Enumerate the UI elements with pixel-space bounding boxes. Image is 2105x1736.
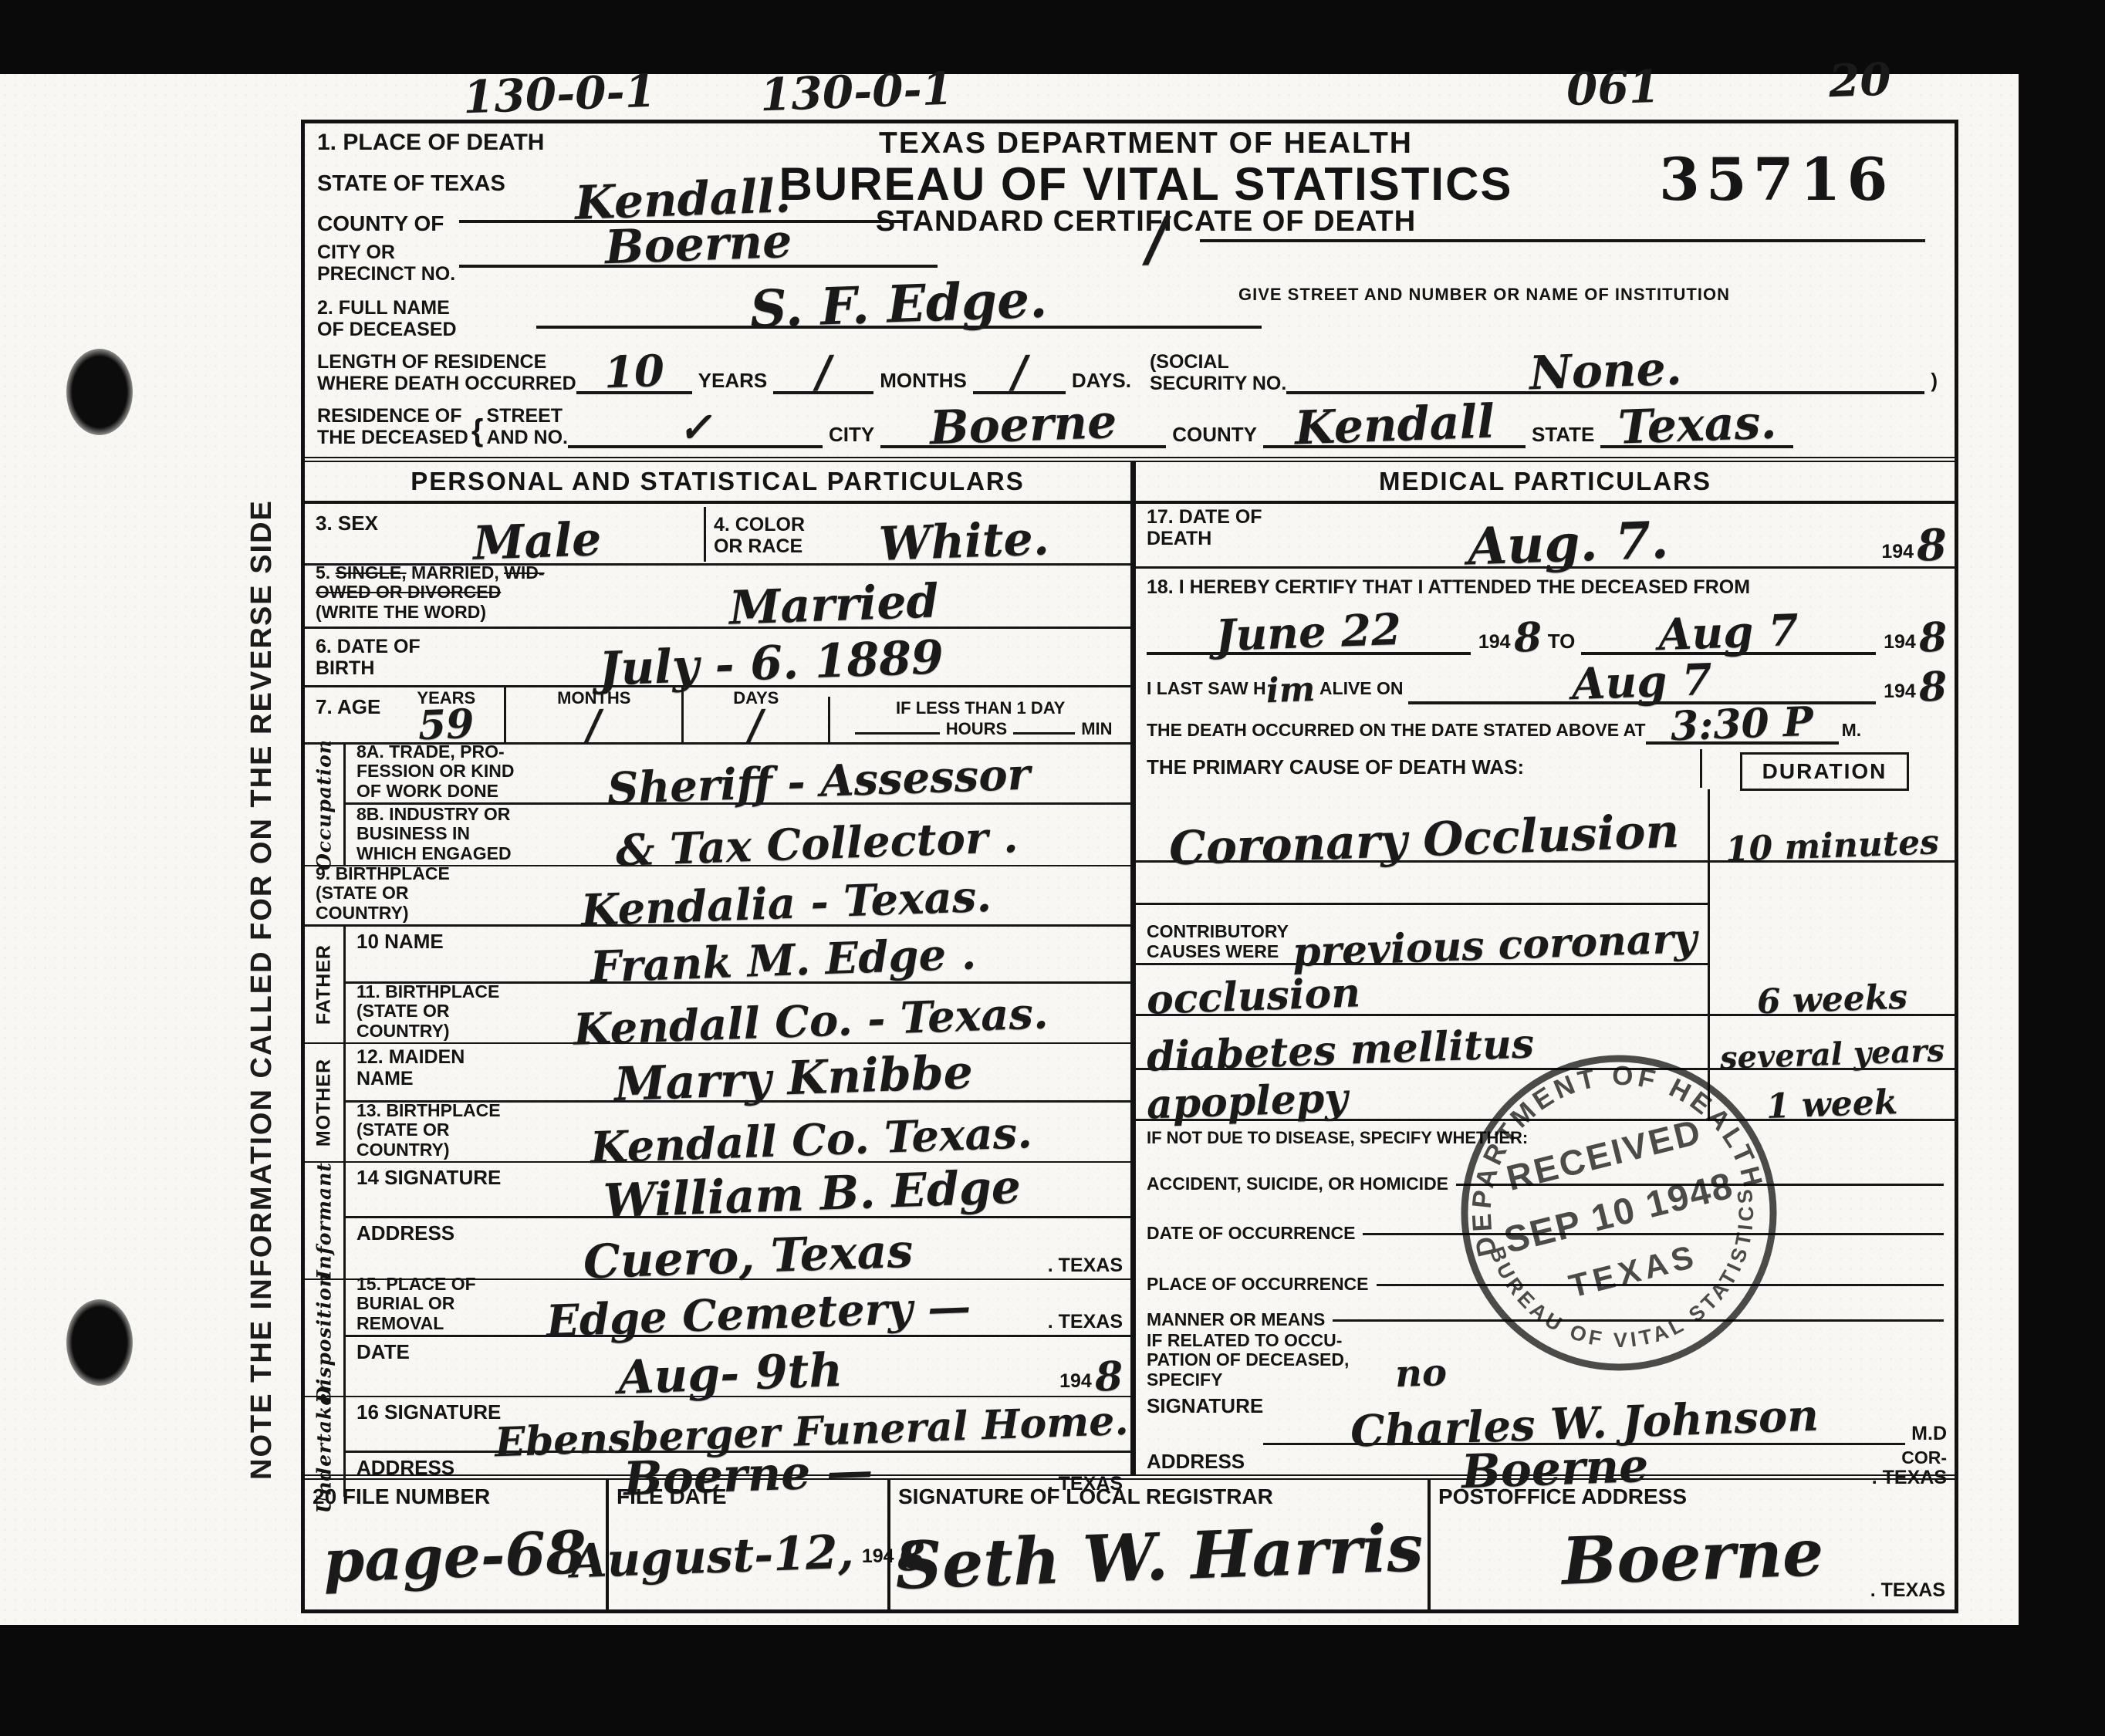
row-sex-race: 3. SEX Male 4. COLOR OR RACE White. — [305, 504, 1130, 566]
father-name-field: Frank M. Edge . — [444, 943, 1123, 980]
manner-means-label: MANNER OR MEANS — [1147, 1310, 1325, 1329]
father-rows: 10 NAME Frank M. Edge . 11. BIRTHPLACE (… — [346, 927, 1130, 1042]
marital-label-line2: OWED OR DIVORCED — [316, 583, 544, 602]
reverse-side-note: NOTE THE INFORMATION CALLED FOR ON THE R… — [245, 499, 279, 1480]
min-label: MIN — [1081, 719, 1112, 738]
row-informant-signature: 14 SIGNATURE William B. Edge — [346, 1163, 1130, 1218]
dod-year-printed: 194 — [1881, 541, 1914, 563]
row-death-time: THE DEATH OCCURRED ON THE DATE STATED AB… — [1136, 706, 1955, 746]
father-bp-label-line3: COUNTRY) — [356, 1022, 499, 1041]
date-of-death-value: Aug. 7. — [1467, 518, 1669, 568]
residence-brace: { — [471, 414, 484, 448]
dob-label-line1: 6. DATE OF — [316, 637, 421, 658]
birthplace-value: Kendalia - Texas. — [580, 879, 992, 930]
trade-label: 8A. TRADE, PRO- FESSION OR KIND OF WORK … — [356, 742, 514, 801]
row-trade: 8A. TRADE, PRO- FESSION OR KIND OF WORK … — [346, 745, 1130, 805]
registrar-cell: SIGNATURE OF LOCAL REGISTRAR Seth W. Har… — [887, 1480, 1428, 1609]
informant-address-label: ADDRESS — [356, 1221, 454, 1245]
marital-label-line3: (WRITE THE WORD) — [316, 603, 544, 622]
row-father-name: 10 NAME Frank M. Edge . — [346, 927, 1130, 984]
ssn-label-line1: (SOCIAL — [1150, 352, 1286, 373]
personal-section-title: PERSONAL AND STATISTICAL PARTICULARS — [305, 462, 1134, 501]
attended-to-value: Aug 7 — [1658, 613, 1799, 654]
ssn-value: None. — [1529, 350, 1682, 394]
dept-title: TEXAS DEPARTMENT OF HEALTH — [737, 127, 1555, 160]
age-days-cell: DAYS / — [681, 687, 828, 742]
city-precinct-label-line2: PRECINCT NO. — [317, 264, 455, 285]
attended-from-field: June 22 — [1147, 615, 1471, 655]
row-informant-address: ADDRESS Cuero, Texas . TEXAS — [346, 1218, 1130, 1278]
res-county-field: Kendall — [1263, 406, 1526, 448]
accident-label: ACCIDENT, SUICIDE, OR HOMICIDE — [1147, 1174, 1448, 1194]
row-burial-place: 15. PLACE OF BURIAL OR REMOVAL Edge Ceme… — [346, 1280, 1130, 1337]
ssn-label: (SOCIAL SECURITY NO. — [1150, 352, 1286, 394]
certify-label: 18. I HEREBY CERTIFY THAT I ATTENDED THE… — [1147, 577, 1750, 599]
handwritten-code-3: 061 — [1566, 60, 1661, 116]
contributory-label: CONTRIBUTORY CAUSES WERE — [1147, 922, 1289, 961]
occupation-group: Occupation 8A. TRADE, PRO- FESSION OR KI… — [305, 745, 1130, 866]
min-blank — [1013, 718, 1075, 735]
mother-bp-label-line3: COUNTRY) — [356, 1140, 501, 1160]
hours-blank — [855, 718, 940, 735]
res-city-field: Boerne — [880, 406, 1166, 448]
res-state-field: Texas. — [1600, 406, 1793, 448]
residence-row: RESIDENCE OF THE DECEASED { STREET AND N… — [317, 406, 1944, 448]
burial-year-printed: 194 — [1059, 1370, 1092, 1393]
informant-address-field: Cuero, Texas — [454, 1238, 1042, 1277]
occupation-side-label: Occupation — [313, 739, 336, 870]
birthplace-label: 9. BIRTHPLACE (STATE OR COUNTRY) — [316, 864, 450, 923]
county-field: Kendall. — [459, 181, 907, 223]
burial-date-field: Aug- 9th — [410, 1355, 1052, 1394]
file-number-label: 20 FILE NUMBER — [313, 1484, 598, 1509]
occupation-related-label: IF RELATED TO OCCU- PATION OF DECEASED, … — [1147, 1331, 1349, 1390]
registrar-field: Seth W. Harris — [898, 1509, 1420, 1605]
sex-label: 3. SEX — [316, 512, 378, 562]
undertaker-address-label: ADDRESS — [356, 1456, 454, 1480]
postoffice-value: Boerne — [1561, 1525, 1825, 1589]
residence-years-field: 10 — [576, 354, 692, 394]
stamp-state-text: TEXAS — [1566, 1238, 1701, 1305]
disposition-group: Disposition 15. PLACE OF BURIAL OR REMOV… — [305, 1280, 1130, 1397]
death-time-field: 3:30 P — [1646, 708, 1839, 745]
md-label: M.D — [1911, 1423, 1947, 1445]
row-father-birthplace: 11. BIRTHPLACE (STATE OR COUNTRY) Kendal… — [346, 984, 1130, 1042]
race-label-line2: OR RACE — [714, 536, 805, 558]
occupation-rows: 8A. TRADE, PRO- FESSION OR KIND OF WORK … — [346, 745, 1130, 865]
last-saw-label-1: I LAST SAW H — [1147, 679, 1266, 698]
attended-to-field: Aug 7 — [1581, 615, 1876, 655]
informant-side-label: Informant — [313, 1162, 336, 1279]
industry-label-line2: BUSINESS IN — [356, 824, 512, 843]
birthplace-label-line1: 9. BIRTHPLACE — [316, 864, 450, 883]
cause-blank-duration-cell — [1708, 863, 1955, 905]
burial-place-value: Edge Cemetery — — [546, 1289, 971, 1341]
occlusion-duration: 6 weeks — [1756, 982, 1907, 1016]
death-time-m-label: M. — [1842, 721, 1862, 740]
row-certify-dates: June 22 194 8 TO Aug 7 194 8 — [1136, 599, 1955, 657]
mother-birthplace-value: Kendall Co. Texas. — [590, 1115, 1033, 1167]
row-dob: 6. DATE OF BIRTH July - 6. 1889 — [305, 629, 1130, 687]
cor-label: COR- — [1901, 1448, 1947, 1467]
scanned-death-certificate: NOTE THE INFORMATION CALLED FOR ON THE R… — [0, 0, 2105, 1736]
occlusion-field: occlusion — [1136, 965, 1708, 1016]
occu-label-line1: IF RELATED TO OCCU- — [1147, 1331, 1349, 1350]
to-label: TO — [1548, 630, 1576, 654]
less-than-day-label: IF LESS THAN 1 DAY — [896, 698, 1065, 718]
res-county-label: COUNTY — [1172, 423, 1257, 447]
hours-label: HOURS — [946, 719, 1007, 738]
disposition-rows: 15. PLACE OF BURIAL OR REMOVAL Edge Ceme… — [346, 1280, 1130, 1396]
full-name-value: S. F. Edge. — [750, 277, 1049, 330]
informant-rows: 14 SIGNATURE William B. Edge ADDRESS Cue… — [346, 1163, 1130, 1278]
postoffice-label: POSTOFFICE ADDRESS — [1438, 1484, 1947, 1509]
street-field: ✓ — [568, 411, 823, 448]
row-primary-cause-label: THE PRIMARY CAUSE OF DEATH WAS: DURATION — [1136, 746, 1955, 789]
maiden-field: Marry Knibbe — [465, 1059, 1123, 1099]
burial-place-label: 15. PLACE OF BURIAL OR REMOVAL — [356, 1275, 476, 1333]
precinct-tick-mark: / — [1145, 214, 1168, 265]
attended-from-value: June 22 — [1215, 612, 1402, 655]
trade-value: Sheriff - Assessor — [606, 757, 1030, 809]
maiden-value: Marry Knibbe — [613, 1053, 973, 1105]
from-year-suffix: 8 — [1513, 620, 1542, 655]
maiden-label: 12. MAIDEN NAME — [356, 1047, 465, 1089]
last-saw-label-2: ALIVE ON — [1319, 679, 1404, 698]
burial-year-suffix: 8 — [1094, 1359, 1123, 1394]
res-state-label: STATE — [1532, 423, 1594, 447]
contributory-duration-cell — [1708, 905, 1955, 965]
date-of-death-label: 17. DATE OF DEATH — [1147, 507, 1262, 549]
section-band: PERSONAL AND STATISTICAL PARTICULARS MED… — [305, 462, 1955, 504]
residence-of-label: RESIDENCE OF THE DECEASED — [317, 406, 468, 448]
street-label-line2: AND NO. — [486, 427, 568, 449]
disposition-side: Disposition — [305, 1280, 346, 1396]
informant-address-value: Cuero, Texas — [583, 1232, 914, 1283]
res-county-value: Kendall — [1294, 402, 1495, 448]
contributory-label-line2: CAUSES WERE — [1147, 942, 1289, 961]
marital-value: Married — [728, 582, 939, 628]
mother-bp-label-line1: 13. BIRTHPLACE — [356, 1101, 501, 1120]
handwritten-code-4: 20 — [1828, 53, 1892, 108]
file-date-label: FILE DATE — [617, 1484, 880, 1509]
full-name-field: S. F. Edge. — [536, 282, 1262, 329]
years-label: YEARS — [698, 369, 768, 393]
industry-label-line1: 8B. INDUSTRY OR — [356, 805, 512, 824]
place-of-death-label: 1. PLACE OF DEATH — [317, 130, 544, 156]
days-label: DAYS. — [1072, 369, 1131, 393]
row-primary-cause: Coronary Occlusion 10 minutes — [1136, 789, 1955, 863]
death-time-value: 3:30 P — [1670, 705, 1813, 745]
burial-place-field: Edge Cemetery — — [476, 1296, 1042, 1333]
date-of-death-field: Aug. 7. — [1262, 522, 1874, 565]
res-city-value: Boerne — [929, 403, 1117, 448]
marital-label: 5. SINGLE, MARRIED, WID- OWED OR DIVORCE… — [316, 563, 544, 625]
marital-field: Married — [544, 586, 1123, 625]
registrar-label: SIGNATURE OF LOCAL REGISTRAR — [898, 1484, 1420, 1509]
file-number-field: page-68 — [313, 1509, 598, 1605]
residence-months-field: / — [773, 354, 873, 394]
occu-label-line3: SPECIFY — [1147, 1370, 1349, 1390]
institution-field — [1200, 239, 1925, 242]
last-saw-im: im — [1265, 675, 1316, 706]
row-undertaker-signature: 16 SIGNATURE Ebensberger Funeral Home. — [346, 1397, 1130, 1453]
row-age: 7. AGE YEARS 59 MONTHS / DAYS / IF LESS — [305, 687, 1130, 745]
occlusion-duration-cell: 6 weeks — [1708, 965, 1955, 1016]
mother-side: MOTHER — [305, 1044, 346, 1161]
marital-wid: WID- — [504, 562, 544, 583]
mother-rows: 12. MAIDEN NAME Marry Knibbe 13. BIRTHPL… — [346, 1044, 1130, 1161]
county-of-label: COUNTY OF — [317, 211, 444, 236]
birthplace-label-line3: COUNTRY) — [316, 903, 450, 923]
apoplexy-value: apoplepy — [1146, 1081, 1348, 1122]
age-years-cell: YEARS 59 — [388, 687, 504, 742]
file-date-cell: FILE DATE August-12, 194 8 — [606, 1480, 887, 1609]
row-date-of-death: 17. DATE OF DEATH Aug. 7. 194 8 — [1136, 504, 1955, 569]
handwritten-code-1: 130-0-1 — [462, 65, 657, 124]
registrar-signature-value: Seth W. Harris — [894, 1520, 1424, 1593]
place-occurrence-label: PLACE OF OCCURRENCE — [1147, 1275, 1369, 1294]
residence-months-value: / — [815, 354, 832, 391]
informant-side: Informant — [305, 1163, 346, 1278]
row-maiden-name: 12. MAIDEN NAME Marry Knibbe — [346, 1044, 1130, 1103]
father-side: FATHER — [305, 927, 346, 1042]
apoplexy-duration: 1 week — [1766, 1088, 1898, 1121]
industry-label-line3: WHICH ENGAGED — [356, 844, 512, 863]
primary-cause-value: Coronary Occlusion — [1168, 812, 1680, 869]
length-residence-label-line1: LENGTH OF RESIDENCE — [317, 352, 576, 373]
row-birthplace: 9. BIRTHPLACE (STATE OR COUNTRY) Kendali… — [305, 866, 1130, 927]
duration-header-cell: DURATION — [1700, 749, 1947, 788]
punch-hole-top — [66, 349, 133, 435]
to-year-suffix: 8 — [1918, 620, 1948, 655]
row-mother-birthplace: 13. BIRTHPLACE (STATE OR COUNTRY) Kendal… — [346, 1103, 1130, 1161]
file-number-value: page-68 — [323, 1528, 587, 1586]
father-name-value: Frank M. Edge . — [590, 937, 977, 987]
handwritten-code-2: 130-0-1 — [759, 62, 954, 122]
personal-column: 3. SEX Male 4. COLOR OR RACE White. 5. S… — [305, 504, 1134, 1474]
row-burial-date: DATE Aug- 9th 194 8 — [346, 1337, 1130, 1396]
contributory-value: previous coronary — [1292, 922, 1698, 970]
occu-label-line2: PATION OF DECEASED, — [1147, 1350, 1349, 1370]
street-and-no-label: STREET AND NO. — [486, 406, 568, 448]
age-months-cell: MONTHS / — [504, 687, 681, 742]
length-residence-label-line2: WHERE DEATH OCCURRED — [317, 373, 576, 395]
ssn-close-paren: ) — [1931, 369, 1938, 393]
residence-days-value: / — [1011, 354, 1028, 391]
primary-cause-label: THE PRIMARY CAUSE OF DEATH WAS: — [1147, 755, 1524, 779]
father-birthplace-field: Kendall Co. - Texas. — [499, 1004, 1123, 1041]
mother-side-label: MOTHER — [313, 1059, 336, 1147]
from-year-printed: 194 — [1478, 631, 1511, 654]
marital-label-line1: 5. SINGLE, MARRIED, WID- — [316, 563, 544, 583]
contributory-field: CONTRIBUTORY CAUSES WERE previous corona… — [1136, 905, 1708, 965]
file-number-cell: 20 FILE NUMBER page-68 — [305, 1480, 606, 1609]
city-field: Boerne — [459, 225, 938, 268]
trade-label-line2: FESSION OR KIND — [356, 762, 514, 781]
row-industry: 8B. INDUSTRY OR BUSINESS IN WHICH ENGAGE… — [346, 805, 1130, 865]
full-name-label-line1: 2. FULL NAME — [317, 298, 457, 319]
scan-right-black-strip — [2019, 0, 2105, 1736]
res-state-value: Texas. — [1617, 403, 1777, 448]
scan-bottom-black-band — [0, 1625, 2105, 1736]
diabetes-value: diabetes mellitus — [1146, 1027, 1534, 1075]
city-precinct-label: CITY OR PRECINCT NO. — [317, 242, 455, 285]
full-name-label-line2: OF DECEASED — [317, 319, 457, 341]
father-side-label: FATHER — [313, 944, 336, 1025]
physician-signature-field: Charles W. Johnson — [1263, 1406, 1905, 1445]
race-label-line1: 4. COLOR — [714, 515, 805, 536]
row-occlusion: occlusion 6 weeks — [1136, 965, 1955, 1016]
burial-label-line1: 15. PLACE OF — [356, 1275, 476, 1294]
birthplace-label-line2: (STATE OR — [316, 883, 450, 903]
contributory-value-field: previous coronary — [1289, 929, 1701, 963]
industry-field: & Tax Collector . — [512, 826, 1123, 863]
dod-label-line2: DEATH — [1147, 529, 1262, 550]
duration-header: DURATION — [1740, 752, 1910, 791]
maiden-label-line1: 12. MAIDEN — [356, 1047, 465, 1069]
burial-place-texas: . TEXAS — [1048, 1311, 1123, 1333]
residence-days-field: / — [973, 354, 1066, 394]
occupation-side: Occupation — [305, 745, 346, 865]
dob-label-line2: BIRTH — [316, 658, 421, 680]
certificate-number: 35716 — [1659, 145, 1894, 214]
to-year-printed: 194 — [1884, 631, 1916, 654]
primary-cause-field: Coronary Occlusion — [1136, 789, 1708, 863]
physician-signature-label: SIGNATURE — [1147, 1394, 1263, 1418]
race-value: White. — [878, 519, 1049, 565]
medical-section-title: MEDICAL PARTICULARS — [1134, 462, 1955, 501]
file-date-value: August-12, — [571, 1532, 855, 1582]
primary-cause-duration-cell: 10 minutes — [1708, 789, 1955, 863]
age-label: 7. AGE — [316, 692, 388, 742]
dob-field: July - 6. 1889 — [421, 644, 1123, 684]
months-label: MONTHS — [880, 369, 967, 393]
marital-single: SINGLE, — [336, 562, 407, 583]
industry-label: 8B. INDUSTRY OR BUSINESS IN WHICH ENGAGE… — [356, 805, 512, 863]
age-less-than-day-cell: IF LESS THAN 1 DAY HOURSMIN — [828, 697, 1130, 742]
residence-of-label-line2: THE DECEASED — [317, 427, 468, 449]
file-date-field: August-12, 194 8 — [617, 1509, 880, 1605]
burial-date-value: Aug- 9th — [618, 1351, 844, 1398]
trade-label-line1: 8A. TRADE, PRO- — [356, 742, 514, 762]
certificate-form: 1. PLACE OF DEATH STATE OF TEXAS TEXAS D… — [301, 120, 1958, 1613]
institution-note: GIVE STREET AND NUMBER OR NAME OF INSTIT… — [1238, 285, 1730, 304]
postoffice-cell: POSTOFFICE ADDRESS Boerne . TEXAS — [1428, 1480, 1955, 1609]
length-of-residence-row: LENGTH OF RESIDENCE WHERE DEATH OCCURRED… — [317, 352, 1944, 394]
race-label: 4. COLOR OR RACE — [714, 515, 805, 562]
residence-years-value: 10 — [603, 353, 665, 392]
dod-label-line1: 17. DATE OF — [1147, 507, 1262, 529]
burial-label-line3: REMOVAL — [356, 1314, 476, 1333]
city-precinct-label-line1: CITY OR — [317, 242, 455, 264]
father-birthplace-value: Kendall Co. - Texas. — [573, 996, 1049, 1049]
saw-year-printed: 194 — [1884, 681, 1916, 703]
city-value: Boerne — [604, 222, 792, 268]
mother-birthplace-label: 13. BIRTHPLACE (STATE OR COUNTRY) — [356, 1101, 501, 1160]
postoffice-texas: . TEXAS — [1870, 1579, 1945, 1602]
registration-footer: 20 FILE NUMBER page-68 FILE DATE August-… — [305, 1474, 1955, 1609]
informant-signature-value: William B. Edge — [603, 1168, 1022, 1222]
trade-field: Sheriff - Assessor — [514, 764, 1123, 801]
father-group: FATHER 10 NAME Frank M. Edge . 11. BIRTH… — [305, 927, 1130, 1044]
occlusion-value: occlusion — [1146, 976, 1360, 1018]
physician-address-label: ADDRESS — [1147, 1450, 1245, 1474]
date-occurrence-label: DATE OF OCCURRENCE — [1147, 1224, 1355, 1243]
age-days-value: / — [748, 708, 765, 742]
informant-group: Informant 14 SIGNATURE William B. Edge A… — [305, 1163, 1130, 1280]
contributory-label-line1: CONTRIBUTORY — [1147, 922, 1289, 941]
mother-birthplace-field: Kendall Co. Texas. — [501, 1123, 1123, 1160]
residence-of-label-line1: RESIDENCE OF — [317, 406, 468, 427]
marital-married: MARRIED, — [411, 562, 499, 583]
form-header: 1. PLACE OF DEATH STATE OF TEXAS TEXAS D… — [305, 123, 1955, 462]
burial-label-line2: BURIAL OR — [356, 1294, 476, 1313]
mother-bp-label-line2: (STATE OR — [356, 1120, 501, 1140]
occupation-related-value: no — [1395, 1357, 1448, 1390]
informant-signature-label: 14 SIGNATURE — [356, 1166, 501, 1190]
mother-group: MOTHER 12. MAIDEN NAME Marry Knibbe 13. … — [305, 1044, 1130, 1163]
informant-signature-field: William B. Edge — [501, 1175, 1123, 1214]
birthplace-field: Kendalia - Texas. — [450, 886, 1123, 923]
row-certify-label: 18. I HEREBY CERTIFY THAT I ATTENDED THE… — [1136, 569, 1955, 599]
hours-min-line: HOURSMIN — [849, 718, 1113, 742]
industry-value: & Tax Collector . — [615, 819, 1019, 870]
dob-value: July - 6. 1889 — [599, 638, 944, 690]
father-bp-label-line2: (STATE OR — [356, 1001, 499, 1021]
full-name-label: 2. FULL NAME OF DECEASED — [317, 298, 457, 340]
father-name-label: 10 NAME — [356, 930, 444, 954]
res-city-label: CITY — [829, 423, 874, 447]
row-last-saw: I LAST SAW H im ALIVE ON Aug 7 194 8 — [1136, 657, 1955, 706]
row-marital: 5. SINGLE, MARRIED, WID- OWED OR DIVORCE… — [305, 566, 1130, 629]
sex-race-divider — [704, 507, 706, 562]
saw-year-suffix: 8 — [1918, 670, 1948, 704]
ssn-field: None. — [1286, 352, 1924, 394]
maiden-label-line2: NAME — [356, 1069, 465, 1090]
trade-label-line3: OF WORK DONE — [356, 782, 514, 801]
sex-field: Male — [378, 522, 696, 562]
dob-label: 6. DATE OF BIRTH — [316, 637, 421, 684]
row-contributory: CONTRIBUTORY CAUSES WERE previous corona… — [1136, 905, 1955, 965]
informant-address-texas: . TEXAS — [1048, 1255, 1123, 1277]
primary-cause-duration: 10 minutes — [1725, 828, 1939, 864]
street-check-mark: ✓ — [677, 410, 712, 446]
age-months-value: / — [586, 708, 603, 742]
marital-5: 5. — [316, 562, 330, 583]
age-years-value: 59 — [417, 708, 475, 744]
ssn-label-line2: SECURITY NO. — [1150, 373, 1286, 395]
street-label-line1: STREET — [486, 406, 568, 427]
burial-date-label: DATE — [356, 1340, 410, 1364]
last-saw-value: Aug 7 — [1571, 662, 1712, 704]
race-field: White. — [805, 522, 1123, 562]
scan-top-black-band — [0, 0, 2105, 74]
sex-value: Male — [472, 520, 602, 564]
punch-hole-bottom — [66, 1299, 133, 1386]
father-birthplace-label: 11. BIRTHPLACE (STATE OR COUNTRY) — [356, 982, 499, 1041]
father-bp-label-line1: 11. BIRTHPLACE — [356, 982, 499, 1001]
undertaker-signature-field: Ebensberger Funeral Home. — [501, 1415, 1123, 1449]
undertaker-signature-label: 16 SIGNATURE — [356, 1400, 501, 1424]
dod-year-suffix: 8 — [1916, 528, 1948, 566]
death-occurred-label: THE DEATH OCCURRED ON THE DATE STATED AB… — [1147, 721, 1646, 740]
length-residence-label: LENGTH OF RESIDENCE WHERE DEATH OCCURRED — [317, 352, 576, 394]
